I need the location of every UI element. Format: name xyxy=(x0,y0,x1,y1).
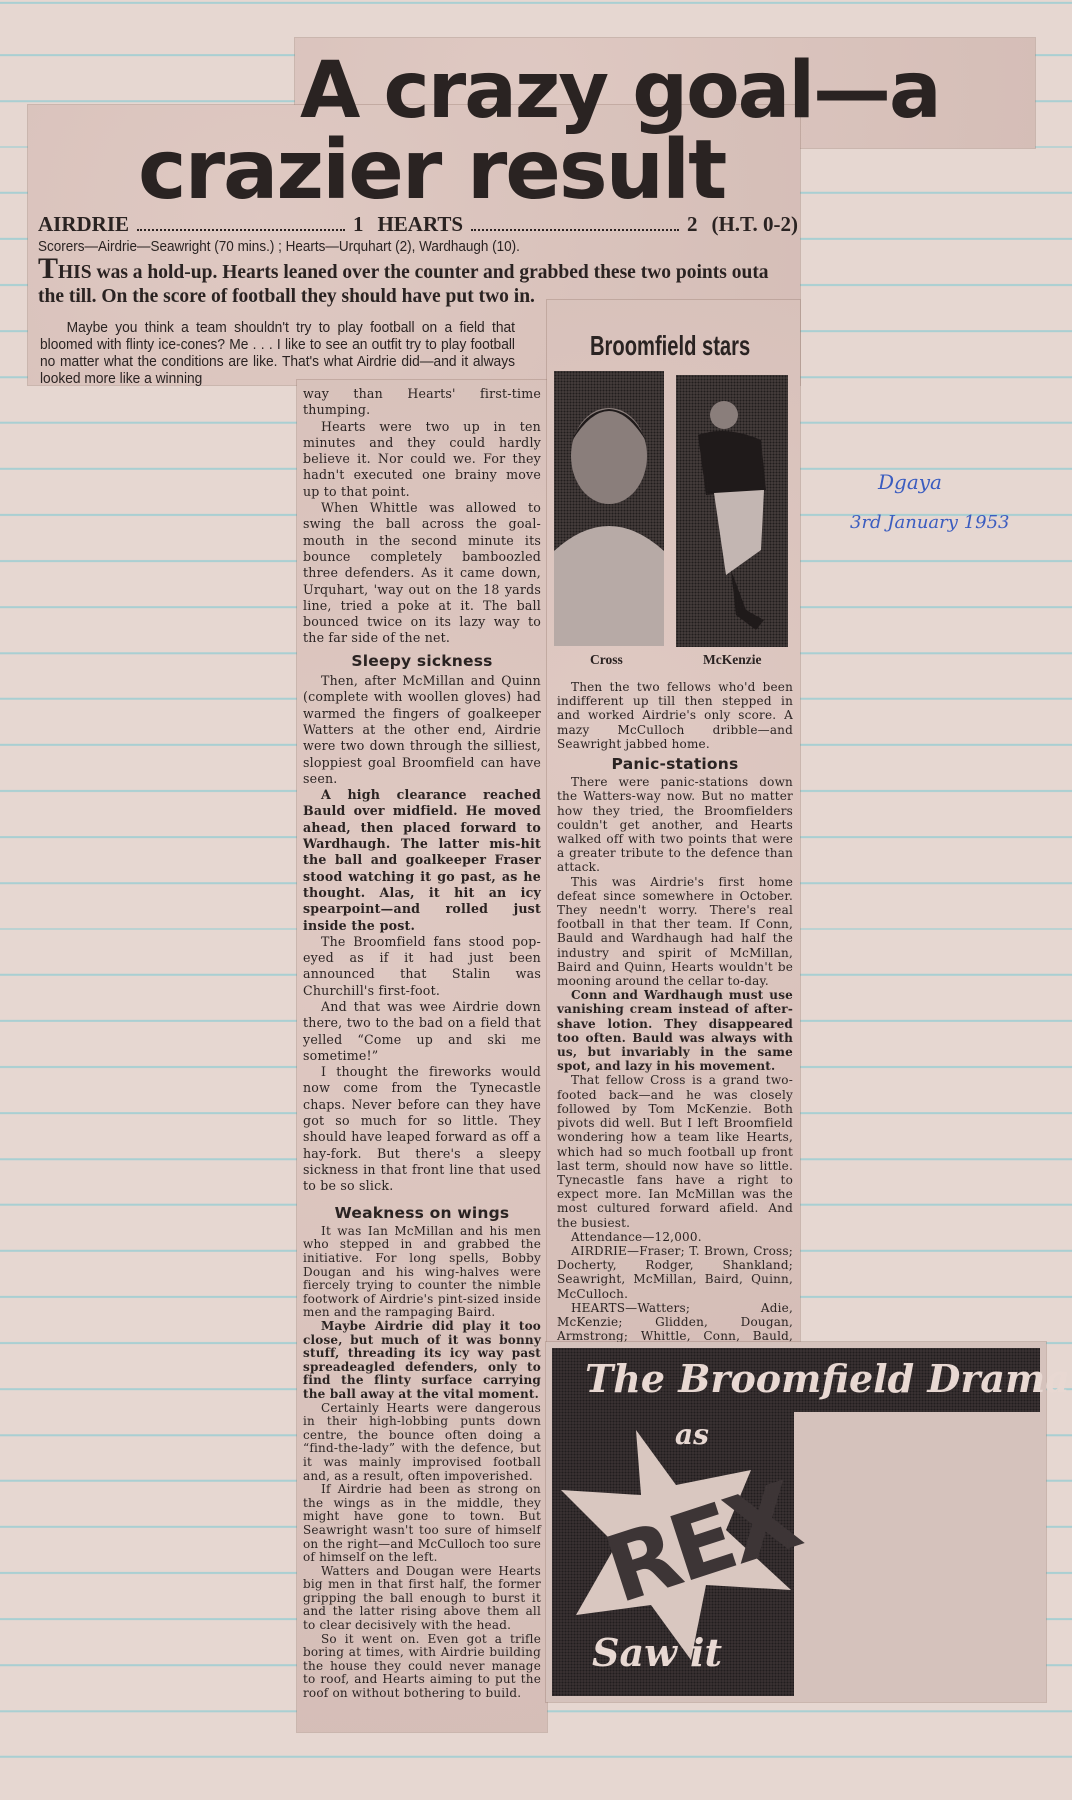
drop-cap: T xyxy=(38,252,58,285)
article-paragraph: Attendance—12,000. xyxy=(557,1230,793,1244)
left-column-part-1: way than Hearts' first-time thumping.Hea… xyxy=(303,386,541,647)
article-paragraph: If Airdrie had been as strong on the win… xyxy=(303,1483,541,1565)
article-paragraph: It was Ian McMillan and his men who step… xyxy=(303,1225,541,1320)
article-paragraph: Hearts were two up in ten minutes and th… xyxy=(303,419,541,500)
subhead-sleepy-sickness: Sleepy sickness xyxy=(303,653,541,669)
away-score: 2 xyxy=(687,212,698,237)
article-paragraph: So it went on. Even got a trifle boring … xyxy=(303,1633,541,1701)
article-paragraph: A high clearance reached Bauld over midf… xyxy=(303,787,541,934)
article-paragraph: I thought the fireworks would now come f… xyxy=(303,1064,541,1194)
left-column-part-2: Then, after McMillan and Quinn (complete… xyxy=(303,673,541,1195)
headline-line-1: A crazy goal—a xyxy=(300,52,940,130)
right-column-part-1: Then the two fellows who'd been indiffer… xyxy=(557,680,793,751)
article-paragraph: Maybe Airdrie did play it too close, but… xyxy=(303,1320,541,1402)
subhead-panic-stations: Panic-stations xyxy=(557,757,793,771)
advert-title: The Broomfield Drama xyxy=(585,1356,1070,1401)
left-column: way than Hearts' first-time thumping.Hea… xyxy=(303,386,541,1701)
subhead-weakness-on-wings: Weakness on wings xyxy=(303,1205,541,1221)
photo-mckenzie xyxy=(676,375,788,647)
scorers-line: Scorers—Airdrie—Seawright (70 mins.) ; H… xyxy=(38,238,722,255)
leader-dots xyxy=(137,217,345,231)
article-paragraph: And that was wee Airdrie down there, two… xyxy=(303,999,541,1064)
home-score: 1 xyxy=(353,212,364,237)
advert-saw-it: Saw it xyxy=(592,1630,722,1675)
caption-cross: Cross xyxy=(590,652,623,668)
photo-feature-title: Broomfield stars xyxy=(590,330,750,362)
article-paragraph: Conn and Wardhaugh must use vanishing cr… xyxy=(557,988,793,1073)
article-paragraph: way than Hearts' first-time thumping. xyxy=(303,386,541,419)
headline-line-2: crazier result xyxy=(138,130,725,212)
article-paragraph: That fellow Cross is a grand two-footed … xyxy=(557,1073,793,1229)
article-paragraph: Watters and Dougan were Hearts big men i… xyxy=(303,1565,541,1633)
leader-dots xyxy=(471,217,679,231)
left-column-part-3: It was Ian McMillan and his men who step… xyxy=(303,1225,541,1701)
article-paragraph: Certainly Hearts were dangerous in their… xyxy=(303,1402,541,1484)
handwritten-date: 3rd January 1953 xyxy=(850,512,1009,533)
article-paragraph: When Whittle was allowed to swing the ba… xyxy=(303,500,541,647)
half-time-score: (H.T. 0-2) xyxy=(711,212,798,237)
away-team: HEARTS xyxy=(377,212,463,237)
intro-paragraph: Maybe you think a team shouldn't try to … xyxy=(40,320,515,388)
lead-text: HIS was a hold-up. Hearts leaned over th… xyxy=(38,262,769,307)
article-paragraph: There were panic-stations down the Watte… xyxy=(557,775,793,874)
home-team: AIRDRIE xyxy=(38,212,129,237)
article-paragraph: This was Airdrie's first home defeat sin… xyxy=(557,875,793,989)
action-photo-icon xyxy=(676,375,788,647)
caption-mckenzie: McKenzie xyxy=(703,652,761,668)
lead-paragraph: THIS was a hold-up. Hearts leaned over t… xyxy=(38,259,788,309)
advert-as: as xyxy=(675,1418,709,1451)
score-line: AIRDRIE 1 HEARTS 2 (H.T. 0-2) xyxy=(38,212,798,237)
right-column-part-2: There were panic-stations down the Watte… xyxy=(557,775,793,1372)
article-paragraph: Then the two fellows who'd been indiffer… xyxy=(557,680,793,751)
handwritten-name: Dgaya xyxy=(878,470,942,494)
photo-cross xyxy=(554,371,664,646)
article-paragraph: The Broomfield fans stood pop-eyed as if… xyxy=(303,934,541,999)
article-paragraph: Then, after McMillan and Quinn (complete… xyxy=(303,673,541,787)
portrait-photo-icon xyxy=(554,371,664,646)
article-paragraph: AIRDRIE—Fraser; T. Brown, Cross; Dochert… xyxy=(557,1244,793,1301)
right-column: Then the two fellows who'd been indiffer… xyxy=(557,680,793,1372)
